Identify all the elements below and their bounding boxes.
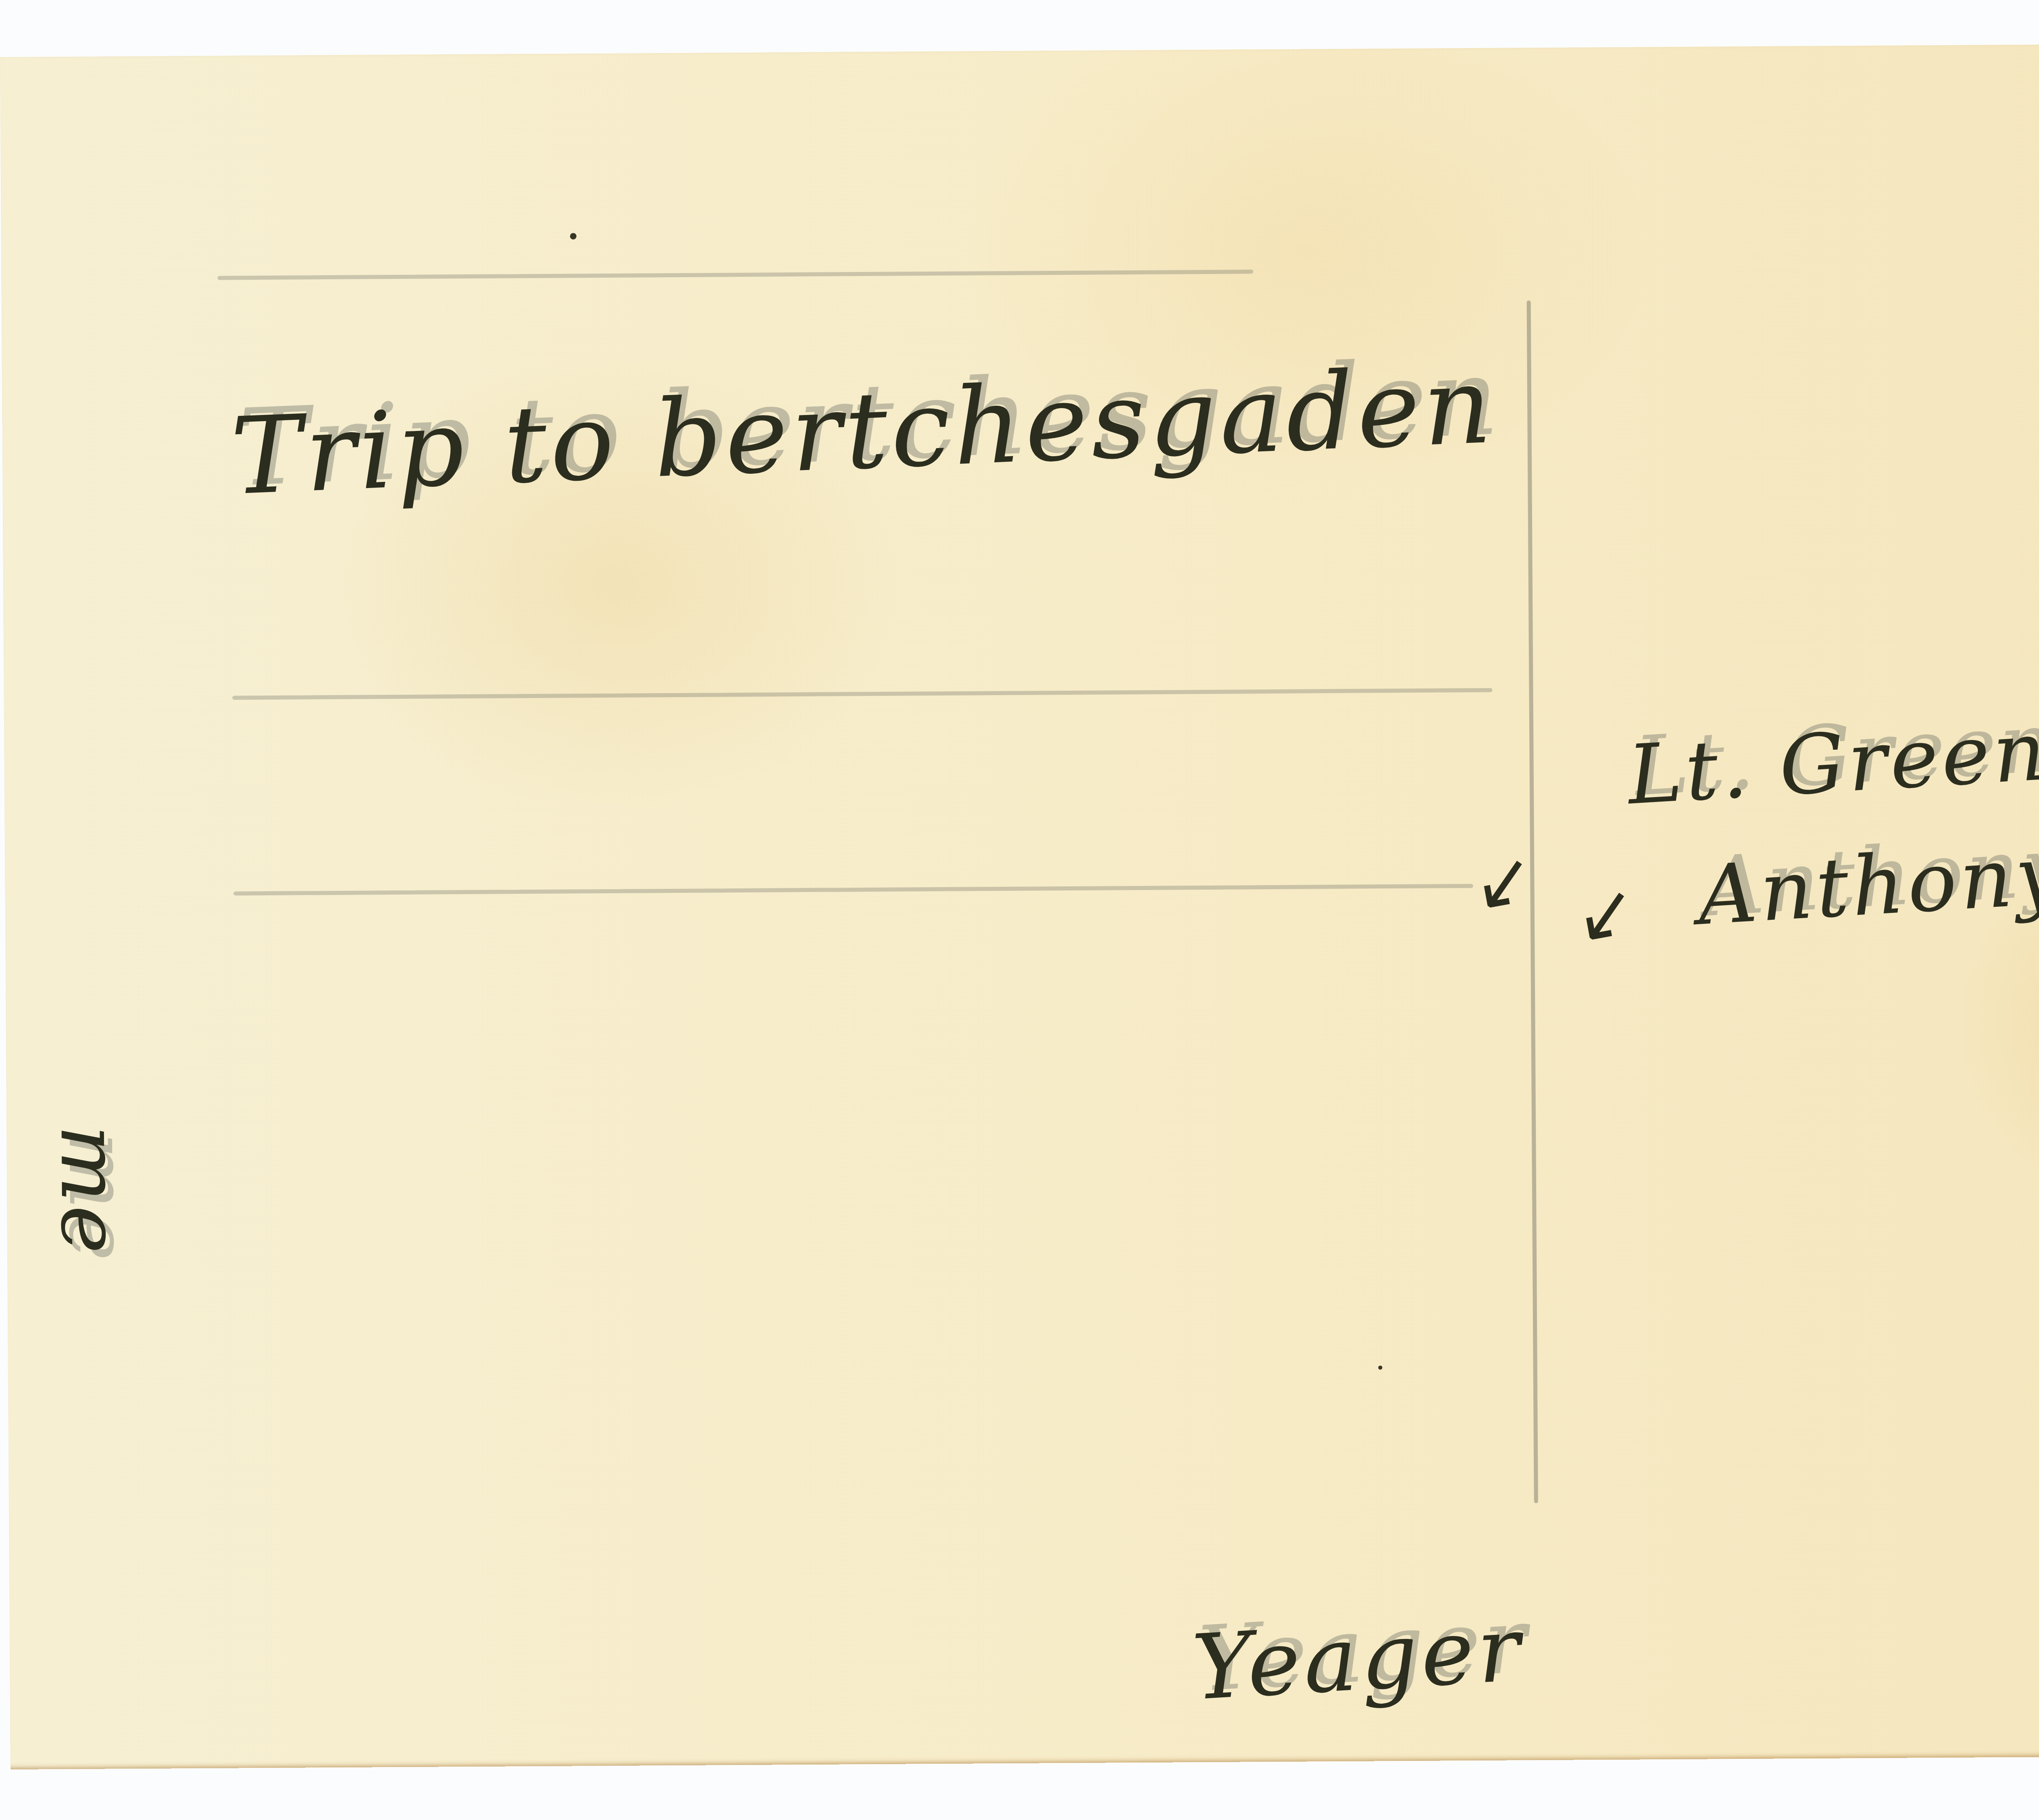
handwritten-name-barbari: Anthony Barbari (1695, 806, 2039, 944)
ink-speck (570, 233, 577, 239)
handwritten-title: Trip to bertchesgaden (229, 344, 1497, 519)
rule-line-1 (217, 269, 1253, 280)
handwritten-name-greenberg: Lt. Greenberg (1625, 691, 2039, 823)
ink-speck (1378, 1365, 1382, 1369)
arrow-down-left-icon: ↙ (1568, 866, 1644, 961)
postcard-back: Trip to bertchesgaden Lt. Greenberg Anth… (0, 41, 2039, 1769)
rule-line-3 (234, 884, 1473, 896)
rule-line-2 (232, 688, 1493, 700)
margin-note-me: me (42, 1124, 138, 1257)
handwritten-signature: Yeager (1190, 1597, 1526, 1720)
